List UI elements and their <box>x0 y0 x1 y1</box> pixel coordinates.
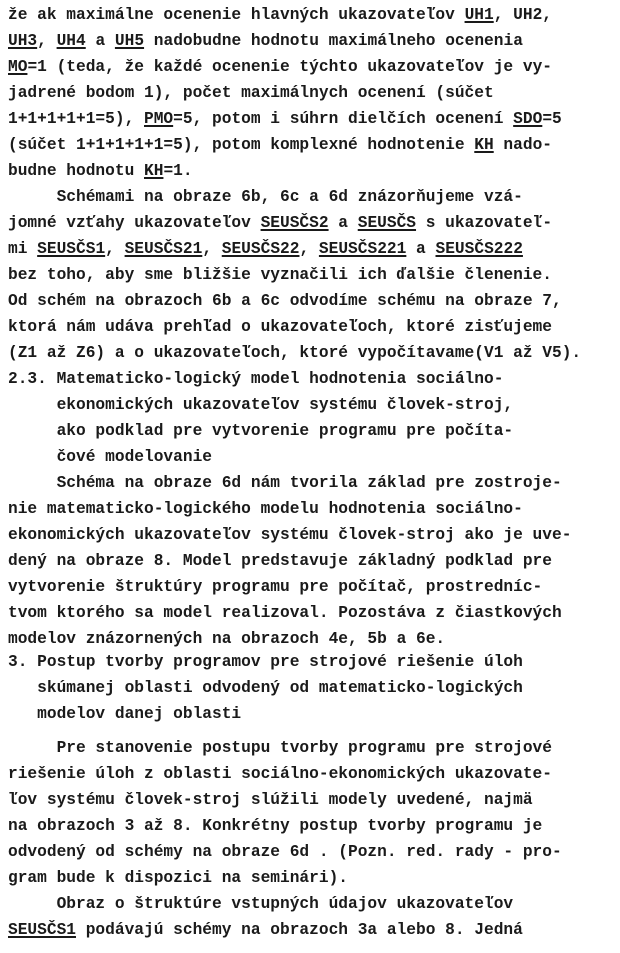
text-segment: že ak maximálne ocenenie hlavných ukazov… <box>8 6 465 24</box>
underlined-term: PMO <box>144 110 173 128</box>
text-segment: ekonomických ukazovateľov systému človek… <box>8 396 513 414</box>
underlined-term: UH4 <box>57 32 86 50</box>
text-segment: s ukazovateľ- <box>416 214 552 232</box>
underlined-term: SEUSČS1 <box>37 240 105 258</box>
text-line: Od schém na obrazoch 6b a 6c odvodíme sc… <box>8 291 562 311</box>
underlined-term: KH <box>144 162 163 180</box>
text-segment: nadobudne hodnotu maximálneho ocenenia <box>144 32 523 50</box>
text-segment: =5, potom i súhrn dielčích ocenení <box>173 110 513 128</box>
text-line: Pre stanovenie postupu tvorby programu p… <box>8 738 552 758</box>
underlined-term: SEUSČS21 <box>125 240 203 258</box>
underlined-term: SEUSČS221 <box>319 240 406 258</box>
text-line: (súčet 1+1+1+1+1=5), potom komplexné hod… <box>8 135 552 155</box>
text-segment: jomné vzťahy ukazovateľov <box>8 214 261 232</box>
text-segment: , UH2, <box>494 6 552 24</box>
text-line: vytvorenie štruktúry programu pre počíta… <box>8 577 542 597</box>
text-line: nie matematicko-logického modelu hodnote… <box>8 499 523 519</box>
text-segment: odvodený od schémy na obraze 6d . (Pozn.… <box>8 843 562 861</box>
text-segment: =1 (teda, že každé ocenenie týchto ukazo… <box>27 58 552 76</box>
text-segment: podávajú schémy na obrazoch 3a alebo 8. … <box>76 921 523 939</box>
text-segment: ľov systému človek-stroj slúžili modely … <box>8 791 533 809</box>
text-line: UH3, UH4 a UH5 nadobudne hodnotu maximál… <box>8 31 523 51</box>
text-segment: modelov znázornených na obrazoch 4e, 5b … <box>8 630 445 648</box>
text-line: Schémami na obraze 6b, 6c a 6d znázorňuj… <box>8 187 523 207</box>
text-segment: Schémami na obraze 6b, 6c a 6d znázorňuj… <box>8 188 523 206</box>
text-segment: ekonomických ukazovateľov systému človek… <box>8 526 571 544</box>
text-line: modelov znázornených na obrazoch 4e, 5b … <box>8 629 445 649</box>
text-line: 1+1+1+1+1=5), PMO=5, potom i súhrn dielč… <box>8 109 562 129</box>
underlined-term: KH <box>474 136 493 154</box>
text-line: mi SEUSČS1, SEUSČS21, SEUSČS22, SEUSČS22… <box>8 239 523 259</box>
underlined-term: SEUSČS1 <box>8 921 76 939</box>
text-line: Obraz o štruktúre vstupných údajov ukazo… <box>8 894 513 914</box>
text-line: tvom ktorého sa model realizoval. Pozost… <box>8 603 562 623</box>
text-segment: dený na obraze 8. Model predstavuje zákl… <box>8 552 552 570</box>
text-line: modelov danej oblasti <box>8 704 241 724</box>
text-line: riešenie úloh z oblasti sociálno-ekonomi… <box>8 764 552 784</box>
text-segment: a <box>329 214 358 232</box>
text-segment: vytvorenie štruktúry programu pre počíta… <box>8 578 542 596</box>
text-line: ľov systému človek-stroj slúžili modely … <box>8 790 533 810</box>
text-line: ekonomických ukazovateľov systému človek… <box>8 525 571 545</box>
text-segment: budne hodnotu <box>8 162 144 180</box>
text-line: ako podklad pre vytvorenie programu pre … <box>8 421 513 441</box>
text-segment: 3. Postup tvorby programov pre strojové … <box>8 653 523 671</box>
text-line: dený na obraze 8. Model predstavuje zákl… <box>8 551 552 571</box>
text-segment: ako podklad pre vytvorenie programu pre … <box>8 422 513 440</box>
text-line: SEUSČS1 podávajú schémy na obrazoch 3a a… <box>8 920 523 940</box>
text-segment: mi <box>8 240 37 258</box>
text-segment: ktorá nám udáva prehľad o ukazovateľoch,… <box>8 318 552 336</box>
text-line: jadrené bodom 1), počet maximálnych ocen… <box>8 83 494 103</box>
text-segment: 1+1+1+1+1=5), <box>8 110 144 128</box>
text-line: ktorá nám udáva prehľad o ukazovateľoch,… <box>8 317 552 337</box>
text-segment: =5 <box>542 110 561 128</box>
text-segment: nado- <box>494 136 552 154</box>
text-segment: a <box>406 240 435 258</box>
text-segment: jadrené bodom 1), počet maximálnych ocen… <box>8 84 494 102</box>
text-segment: bez toho, aby sme bližšie vyznačili ich … <box>8 266 552 284</box>
text-line: odvodený od schémy na obraze 6d . (Pozn.… <box>8 842 562 862</box>
text-segment: modelov danej oblasti <box>8 705 241 723</box>
document-page: že ak maximálne ocenenie hlavných ukazov… <box>0 0 620 953</box>
text-line: Schéma na obraze 6d nám tvorila základ p… <box>8 473 562 493</box>
underlined-term: SEUSČS22 <box>222 240 300 258</box>
text-line: na obrazoch 3 až 8. Konkrétny postup tvo… <box>8 816 542 836</box>
text-line: skúmanej oblasti odvodený od matematicko… <box>8 678 523 698</box>
text-line: ekonomických ukazovateľov systému človek… <box>8 395 513 415</box>
text-segment: nie matematicko-logického modelu hodnote… <box>8 500 523 518</box>
text-line: jomné vzťahy ukazovateľov SEUSČS2 a SEUS… <box>8 213 552 233</box>
text-segment: , <box>299 240 318 258</box>
underlined-term: SEUSČS <box>358 214 416 232</box>
text-segment: riešenie úloh z oblasti sociálno-ekonomi… <box>8 765 552 783</box>
text-segment: Schéma na obraze 6d nám tvorila základ p… <box>8 474 562 492</box>
text-line: gram bude k dispozici na seminári). <box>8 868 348 888</box>
text-segment: čové modelovanie <box>8 448 212 466</box>
text-segment: , <box>202 240 221 258</box>
text-line: že ak maximálne ocenenie hlavných ukazov… <box>8 5 552 25</box>
text-segment: gram bude k dispozici na seminári). <box>8 869 348 887</box>
text-segment: (súčet 1+1+1+1+1=5), potom komplexné hod… <box>8 136 474 154</box>
text-segment: Obraz o štruktúre vstupných údajov ukazo… <box>8 895 513 913</box>
underlined-term: SEUSČS222 <box>436 240 523 258</box>
text-line: 3. Postup tvorby programov pre strojové … <box>8 652 523 672</box>
text-segment: =1. <box>163 162 192 180</box>
underlined-term: SEUSČS2 <box>261 214 329 232</box>
text-line: budne hodnotu KH=1. <box>8 161 193 181</box>
text-line: MO=1 (teda, že každé ocenenie týchto uka… <box>8 57 552 77</box>
text-segment: skúmanej oblasti odvodený od matematicko… <box>8 679 523 697</box>
underlined-term: UH1 <box>465 6 494 24</box>
text-segment: 2.3. Matematicko-logický model hodnoteni… <box>8 370 503 388</box>
text-line: čové modelovanie <box>8 447 212 467</box>
text-segment: a <box>86 32 115 50</box>
text-segment: na obrazoch 3 až 8. Konkrétny postup tvo… <box>8 817 542 835</box>
underlined-term: UH5 <box>115 32 144 50</box>
text-segment: tvom ktorého sa model realizoval. Pozost… <box>8 604 562 622</box>
text-segment: (Z1 až Z6) a o ukazovateľoch, ktoré vypo… <box>8 344 581 362</box>
underlined-term: MO <box>8 58 27 76</box>
text-segment: , <box>37 32 56 50</box>
text-line: bez toho, aby sme bližšie vyznačili ich … <box>8 265 552 285</box>
underlined-term: SDO <box>513 110 542 128</box>
text-segment: Od schém na obrazoch 6b a 6c odvodíme sc… <box>8 292 562 310</box>
text-segment: Pre stanovenie postupu tvorby programu p… <box>8 739 552 757</box>
text-line: (Z1 až Z6) a o ukazovateľoch, ktoré vypo… <box>8 343 581 363</box>
underlined-term: UH3 <box>8 32 37 50</box>
text-line: 2.3. Matematicko-logický model hodnoteni… <box>8 369 503 389</box>
text-segment: , <box>105 240 124 258</box>
